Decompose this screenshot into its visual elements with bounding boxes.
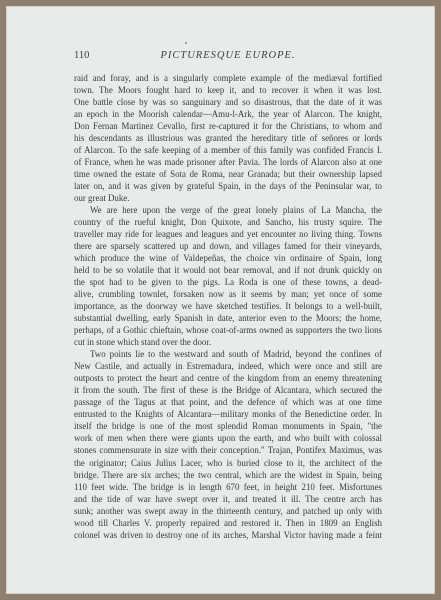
text-line: Don Fernan Martinez Cevallo, first re-ca…	[74, 120, 382, 132]
text-line: Two points lie to the westward and south…	[74, 348, 382, 360]
text-line: cut in stone which stand over the door.	[74, 336, 382, 348]
printer-mark	[185, 42, 187, 44]
text-line: town. The Moors fought hard to keep it, …	[74, 84, 382, 96]
text-line: time owned the estate of Sota de Roma, n…	[74, 168, 382, 180]
text-line: raid and foray, and is a singularly comp…	[74, 72, 382, 84]
text-line: it from the south. The first of these is…	[74, 384, 382, 396]
text-line: our great Duke.	[74, 192, 382, 204]
text-line: work of men when there were giants upon …	[74, 432, 382, 444]
text-line: substantial dwelling, early Spanish in d…	[74, 312, 382, 324]
text-line: wood till Charles V. properly repaired a…	[74, 517, 382, 529]
text-line: alive, crumbling townlet, forsaken now a…	[74, 288, 382, 300]
text-line: New Castile, and actually in Estremadura…	[74, 360, 382, 372]
paragraph: We are here upon the verge of the great …	[74, 204, 382, 348]
text-line: later on, and it was given by grateful S…	[74, 180, 382, 192]
text-line: importance, as the doorway we have sketc…	[74, 300, 382, 312]
text-line: the originator; Caius Julius Lacer, who …	[74, 457, 382, 469]
text-line: perhaps, of a Gothic chieftain, whose co…	[74, 324, 382, 336]
body-text: raid and foray, and is a singularly comp…	[74, 72, 382, 541]
text-line: and the tide of war have swept over it, …	[74, 493, 382, 505]
text-line: traveller may ride for leagues and leagu…	[74, 228, 382, 240]
text-line: colonel was driven to destroy one of its…	[74, 529, 382, 541]
running-title: PICTURESQUE EUROPE.	[74, 50, 382, 61]
text-line: itself the bridge is one of the most spl…	[74, 420, 382, 432]
text-line: sunk; another was swept away in the thir…	[74, 505, 382, 517]
text-line: bridge. There are six arches; the two ce…	[74, 469, 382, 481]
text-line: an epoch in the Moorish calendar—Amu-l-A…	[74, 108, 382, 120]
text-line: outposts to protect the heart and centre…	[74, 372, 382, 384]
paragraph: raid and foray, and is a singularly comp…	[74, 72, 382, 204]
text-line: passage of the Tagus at that point, and …	[74, 396, 382, 408]
page-header: 110 PICTURESQUE EUROPE.	[74, 50, 382, 64]
text-line: of Alarcon. To the safe keeping of a mem…	[74, 144, 382, 156]
text-line: his descendants as illustrious was grant…	[74, 132, 382, 144]
text-line: stones commensurate in size with their c…	[74, 444, 382, 456]
text-line: country of the rueful knight, Don Quixot…	[74, 216, 382, 228]
text-line: the spot had to be given to the pigs. La…	[74, 276, 382, 288]
text-line: there are sparsely scattered up and down…	[74, 240, 382, 252]
text-line: 110 feet wide. The bridge is in length 6…	[74, 481, 382, 493]
text-line: of France, when he was made prisoner aft…	[74, 156, 382, 168]
text-line: which produce the wine of Valdepeñas, th…	[74, 252, 382, 264]
scan-frame: 110 PICTURESQUE EUROPE. raid and foray, …	[0, 0, 441, 600]
text-line: One battle close by was so sanguinary an…	[74, 96, 382, 108]
paragraph: Two points lie to the westward and south…	[74, 348, 382, 540]
text-line: held to be so volatile that it would not…	[74, 264, 382, 276]
text-line: entrusted to the Knights of Alcantara—mi…	[74, 408, 382, 420]
text-line: We are here upon the verge of the great …	[74, 204, 382, 216]
